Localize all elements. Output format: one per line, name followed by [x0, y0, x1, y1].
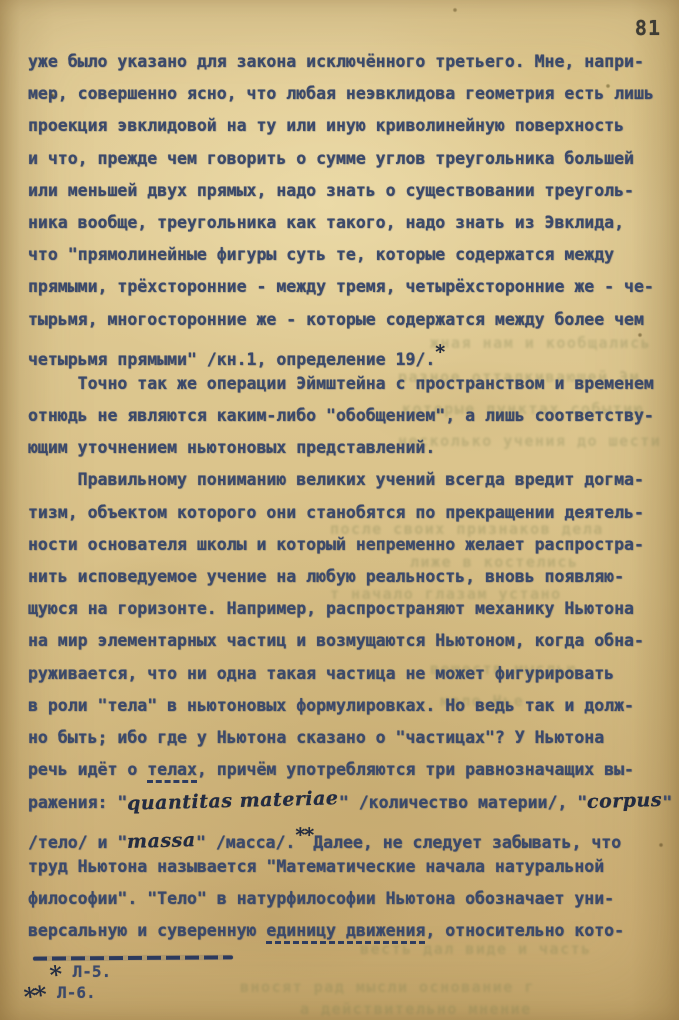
typed-text: но быть; ибо где у Ньютона сказано о "ча… [28, 728, 604, 747]
typed-text: Точно так же операции Эймштейна с простр… [28, 374, 654, 393]
text-line: но быть; ибо где у Ньютона сказано о "ча… [28, 722, 668, 754]
footnote-label: Л-5. [73, 962, 112, 981]
text-line: щуюся на горизонте. Например, распростра… [28, 593, 668, 625]
typed-text: в роли "тела" в ньютоновых формулировках… [28, 696, 634, 715]
underlined-text: единицу движения [266, 921, 425, 944]
typed-text: или меньшей двух прямых, надо знать о су… [28, 181, 634, 200]
typed-text: ющим уточнением ньютоновых представлений… [28, 438, 435, 457]
text-line: руживается, что ни одна такая частица не… [28, 658, 668, 690]
text-line: версальную и суверенную единицу движения… [28, 915, 668, 947]
text-line: ющим уточнением ньютоновых представлений… [28, 432, 668, 464]
text-line: на мир элементарных частиц и возмущаются… [28, 625, 668, 657]
text-line: прямыми, трёхсторонние - между тремя, че… [28, 271, 668, 303]
text-line: или меньшей двух прямых, надо знать о су… [28, 175, 668, 207]
footnote-2: ** Л-6. [24, 983, 96, 1002]
handwritten-asterisk: * [435, 341, 444, 363]
typed-text: нить исповедуемое учение на любую реальн… [28, 567, 624, 586]
footnote-label: Л-6. [57, 983, 96, 1002]
text-line: что "прямолинейные фигуры суть те, котор… [28, 239, 668, 271]
text-line: мер, совершенно ясно, что любая неэвклид… [28, 78, 668, 110]
handwritten-double-asterisk: ** [23, 988, 46, 1005]
text-line: речь идёт о телах, причём употребляются … [28, 754, 668, 786]
text-line: уже было указано для закона исключённого… [28, 46, 668, 78]
body-text: уже было указано для закона исключённого… [28, 46, 668, 947]
text-line: Точно так же операции Эймштейна с простр… [28, 368, 668, 400]
typed-text: , причём употребляются три равнозначащих… [197, 760, 634, 779]
typed-text: ника вообще, треугольника как такого, на… [28, 213, 624, 232]
typed-text: руживается, что ни одна такая частица не… [28, 664, 614, 683]
typed-text: что "прямолинейные фигуры суть те, котор… [28, 245, 614, 264]
text-line: проекция эвклидовой на ту или иную криво… [28, 110, 668, 142]
typed-text: Далее, не следует забывать, что [313, 833, 621, 852]
typed-text: проекция эвклидовой на ту или иную криво… [28, 116, 624, 135]
handwritten-word: corpus [587, 784, 663, 818]
typed-text: речь идёт о [28, 760, 147, 779]
typed-text: " [662, 793, 672, 812]
typed-text: труд Ньютона называется "Математические … [28, 857, 604, 876]
text-line: /тело/ и "massa" /масса/.**Далее, не сле… [28, 819, 668, 851]
typed-text: прямыми, трёхсторонние - между тремя, че… [28, 277, 654, 296]
typed-text: " /масса/. [196, 833, 295, 852]
underlined-text: телах [147, 760, 197, 783]
text-line: ражения: "quantitas materiae" /количеств… [28, 786, 668, 818]
footnote-separator [33, 955, 233, 960]
handwritten-asterisk: ** [295, 824, 313, 846]
handwritten-word: quantitas materiae [127, 783, 339, 821]
typed-text: уже было указано для закона исключённого… [28, 52, 644, 71]
typed-text: ражения: " [28, 793, 127, 812]
text-line: философии". "Тело" в натурфилософии Ньют… [28, 883, 668, 915]
text-line: ника вообще, треугольника как такого, на… [28, 207, 668, 239]
typed-text: четырьмя прямыми" /кн.1, определение 19/… [28, 350, 435, 369]
typed-text: версальную и суверенную [28, 921, 266, 940]
typed-text: /тело/ и " [28, 833, 127, 852]
document-page: жная нам и кообщалисьразное отталкивающе… [0, 0, 679, 1020]
typed-text: , относительно кото- [425, 921, 624, 940]
bleed-through-text: вносят рад мысли основание г [240, 978, 535, 996]
typed-text: на мир элементарных частиц и возмущаются… [28, 631, 644, 650]
handwritten-asterisk: * [49, 967, 61, 982]
text-line: тырьмя, многосторонние же - которые соде… [28, 304, 668, 336]
page-number: 81 [635, 16, 661, 40]
typed-text: мер, совершенно ясно, что любая неэвклид… [28, 84, 654, 103]
text-line: четырьмя прямыми" /кн.1, определение 19/… [28, 336, 668, 368]
text-line: Правильному пониманию великих учений все… [28, 464, 668, 496]
bleed-through-text: а действительно мнение [300, 1000, 532, 1018]
typed-text: ности основателя школы и который непреме… [28, 535, 644, 554]
typed-text: тырьмя, многосторонние же - которые соде… [28, 310, 644, 329]
text-line: в роли "тела" в ньютоновых формулировках… [28, 690, 668, 722]
text-line: и что, прежде чем говорить о сумме углов… [28, 143, 668, 175]
footnote-1: * Л-5. [50, 962, 111, 981]
typed-text: " /количество материи/, " [339, 793, 587, 812]
text-line: ности основателя школы и который непреме… [28, 529, 668, 561]
typed-text: и что, прежде чем говорить о сумме углов… [28, 149, 634, 168]
text-line: отнюдь не являются каким-либо "обобщение… [28, 400, 668, 432]
text-line: труд Ньютона называется "Математические … [28, 851, 668, 883]
typed-text: тизм, объектом которого они станобятся п… [28, 503, 644, 522]
typed-text: щуюся на горизонте. Например, распростра… [28, 599, 634, 618]
handwritten-word: massa [127, 824, 196, 858]
typed-text: Правильному пониманию великих учений все… [28, 470, 644, 489]
text-line: нить исповедуемое учение на любую реальн… [28, 561, 668, 593]
typed-text: отнюдь не являются каким-либо "обобщение… [28, 406, 654, 425]
typed-text: философии". "Тело" в натурфилософии Ньют… [28, 889, 614, 908]
text-line: тизм, объектом которого они станобятся п… [28, 497, 668, 529]
